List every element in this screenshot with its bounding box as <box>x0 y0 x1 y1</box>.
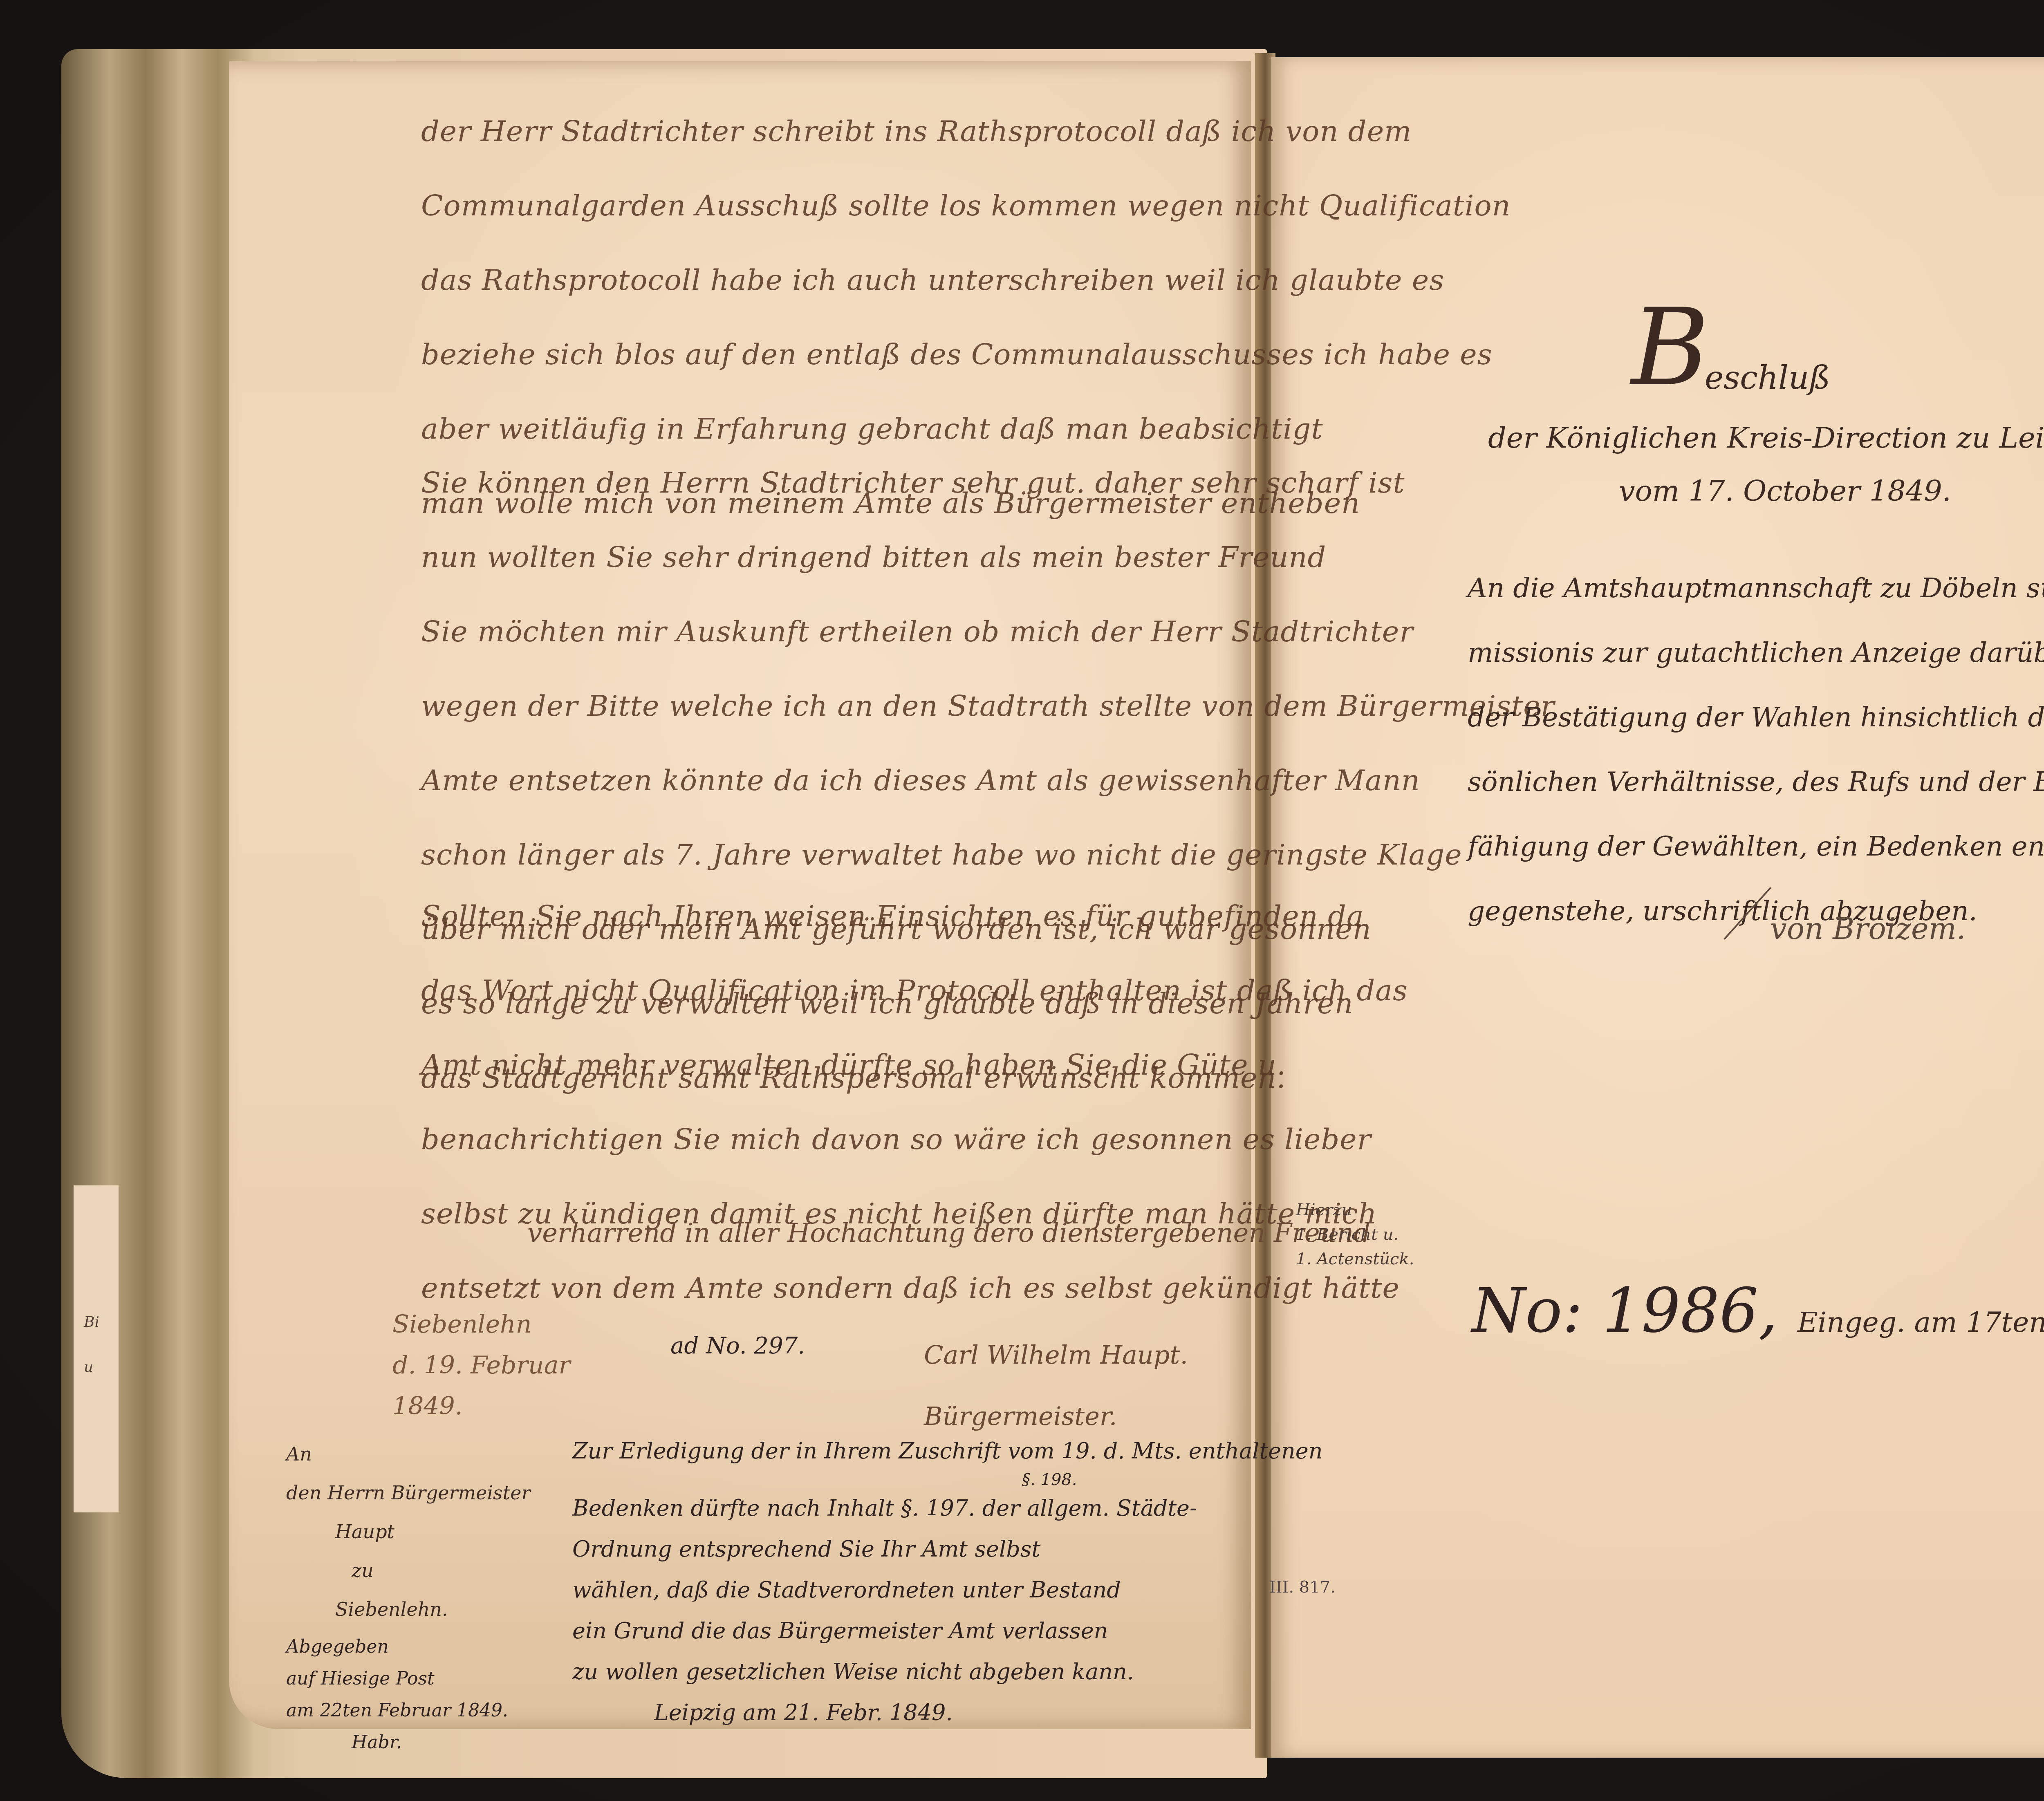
sender-name: Carl Wilhelm Haupt. <box>924 1324 1188 1386</box>
text-line: nun wollten Sie sehr dringend bitten als… <box>421 520 1555 594</box>
text-line: benachrichtigen Sie mich davon so wäre i… <box>421 1102 1408 1176</box>
letter-sender: Carl Wilhelm Haupt. Bürgermeister. <box>924 1324 1188 1447</box>
text-line: Sollten Sie nach Ihren weisen Einsichten… <box>421 879 1408 953</box>
text-line: das Rathsprotocoll habe ich auch untersc… <box>421 243 1511 317</box>
reply-line: Bedenken dürfte nach Inhalt §. 197. der … <box>572 1488 1323 1529</box>
dispatch-note: Abgegeben auf Hiesige Post am 22ten Febr… <box>286 1631 508 1758</box>
letter-closing: verharrend in aller Hochachtung dero die… <box>527 1218 1370 1248</box>
reply-date-line: Leipzig am 21. Febr. 1849. <box>572 1692 1323 1733</box>
addressee-line: Siebenlehn. <box>286 1590 530 1629</box>
addressee-line: den Herrn Bürgermeister <box>286 1474 530 1512</box>
text-line: Communalgarden Ausschuß sollte los komme… <box>421 168 1511 243</box>
reply-line-insertion: §. 198. <box>572 1472 1323 1488</box>
resolution-line: sönlichen Verhältnisse, des Rufs und der… <box>1468 750 2044 814</box>
place: Siebenlehn <box>392 1304 570 1345</box>
resolution-line: fähigung der Gewählten, ein Bedenken ent… <box>1468 814 2044 879</box>
resolution-line: An die Amtshauptmannschaft zu Döbeln sub… <box>1468 556 2044 620</box>
archive-mark: III. 817. <box>1269 1578 1336 1597</box>
reply-line: wählen, daß die Stadtverordneten unter B… <box>572 1570 1323 1611</box>
scanned-document-spread: Bi u der Herr Stadtrichter schreibt ins … <box>0 0 2044 1801</box>
reply-line: ein Grund die das Bürgermeister Amt verl… <box>572 1611 1323 1651</box>
margin-note-line: 1. Actenstück. <box>1296 1247 1414 1271</box>
heading-initial: B <box>1631 286 1709 410</box>
reply-line: Ordnung entsprechend Sie Ihr Amt selbst <box>572 1529 1323 1570</box>
addressee-line: An <box>286 1435 530 1474</box>
registration-number: No: 1986, <box>1472 1275 1778 1346</box>
addressee-line: zu <box>286 1551 530 1590</box>
text-line: Amte entsetzen könnte da ich dieses Amt … <box>421 743 1555 818</box>
addressee-line: Haupt <box>286 1512 530 1551</box>
reply-draft: Zur Erledigung der in Ihrem Zuschrift vo… <box>572 1431 1323 1733</box>
text-line: beziehe sich blos auf den entlaß des Com… <box>421 317 1511 392</box>
outer-margin-marks: Bi u <box>84 1300 99 1390</box>
left-page-letter-body-3: Sollten Sie nach Ihren weisen Einsichten… <box>421 879 1408 1325</box>
year: 1849. <box>392 1386 570 1427</box>
signature: von Broizem. <box>1770 912 1966 946</box>
text-line: das Wort nicht Qualification im Protocol… <box>421 953 1408 1028</box>
text-line: der Herr Stadtrichter schreibt ins Raths… <box>421 94 1511 168</box>
resolution-body: An die Amtshauptmannschaft zu Döbeln sub… <box>1468 556 2044 943</box>
text-line: Sie können den Herrn Stadtrichter sehr g… <box>421 446 1555 520</box>
heading-title: eschluß <box>1705 360 1830 396</box>
enclosures-margin-note: Hierzu 1. Bericht u. 1. Actenstück. <box>1296 1198 1414 1271</box>
reply-addressee: An den Herrn Bürgermeister Haupt zu Sieb… <box>286 1435 530 1629</box>
dispatch-line: auf Hiesige Post <box>286 1663 508 1695</box>
margin-note-line: Hierzu <box>1296 1198 1414 1222</box>
reply-line: Zur Erledigung der in Ihrem Zuschrift vo… <box>572 1431 1323 1472</box>
heading-authority: der Königlichen Kreis-Direction zu Leipz… <box>1488 421 2044 455</box>
resolution-line: der Bestätigung der Wahlen hinsichtlich … <box>1468 685 2044 750</box>
outer-margin-mark: u <box>84 1345 99 1390</box>
reference-number: ad No. 297. <box>670 1333 805 1359</box>
resolution-line: missionis zur gutachtlichen Anzeige darü… <box>1468 620 2044 685</box>
dispatch-initials: Habr. <box>286 1727 508 1758</box>
text-line: Sie möchten mir Auskunft ertheilen ob mi… <box>421 594 1555 669</box>
registration-entry: No: 1986, Eingeg. am 17ten October 1849. <box>1472 1275 2044 1346</box>
outer-margin-mark: Bi <box>84 1300 99 1345</box>
text-line: wegen der Bitte welche ich an den Stadtr… <box>421 669 1555 743</box>
letter-place-date: Siebenlehn d. 19. Februar 1849. <box>392 1304 570 1427</box>
registration-received: Eingeg. am 17ten October 1849. <box>1797 1306 2044 1339</box>
dispatch-line: am 22ten Februar 1849. <box>286 1695 508 1727</box>
margin-note-line: 1. Bericht u. <box>1296 1222 1414 1247</box>
heading-date: vom 17. October 1849. <box>1619 474 1951 508</box>
reply-line: zu wollen gesetzlichen Weise nicht abgeb… <box>572 1651 1323 1692</box>
date: d. 19. Februar <box>392 1345 570 1386</box>
dispatch-line: Abgegeben <box>286 1631 508 1663</box>
text-line: Amt nicht mehr verwalten dürfte so haben… <box>421 1028 1408 1102</box>
